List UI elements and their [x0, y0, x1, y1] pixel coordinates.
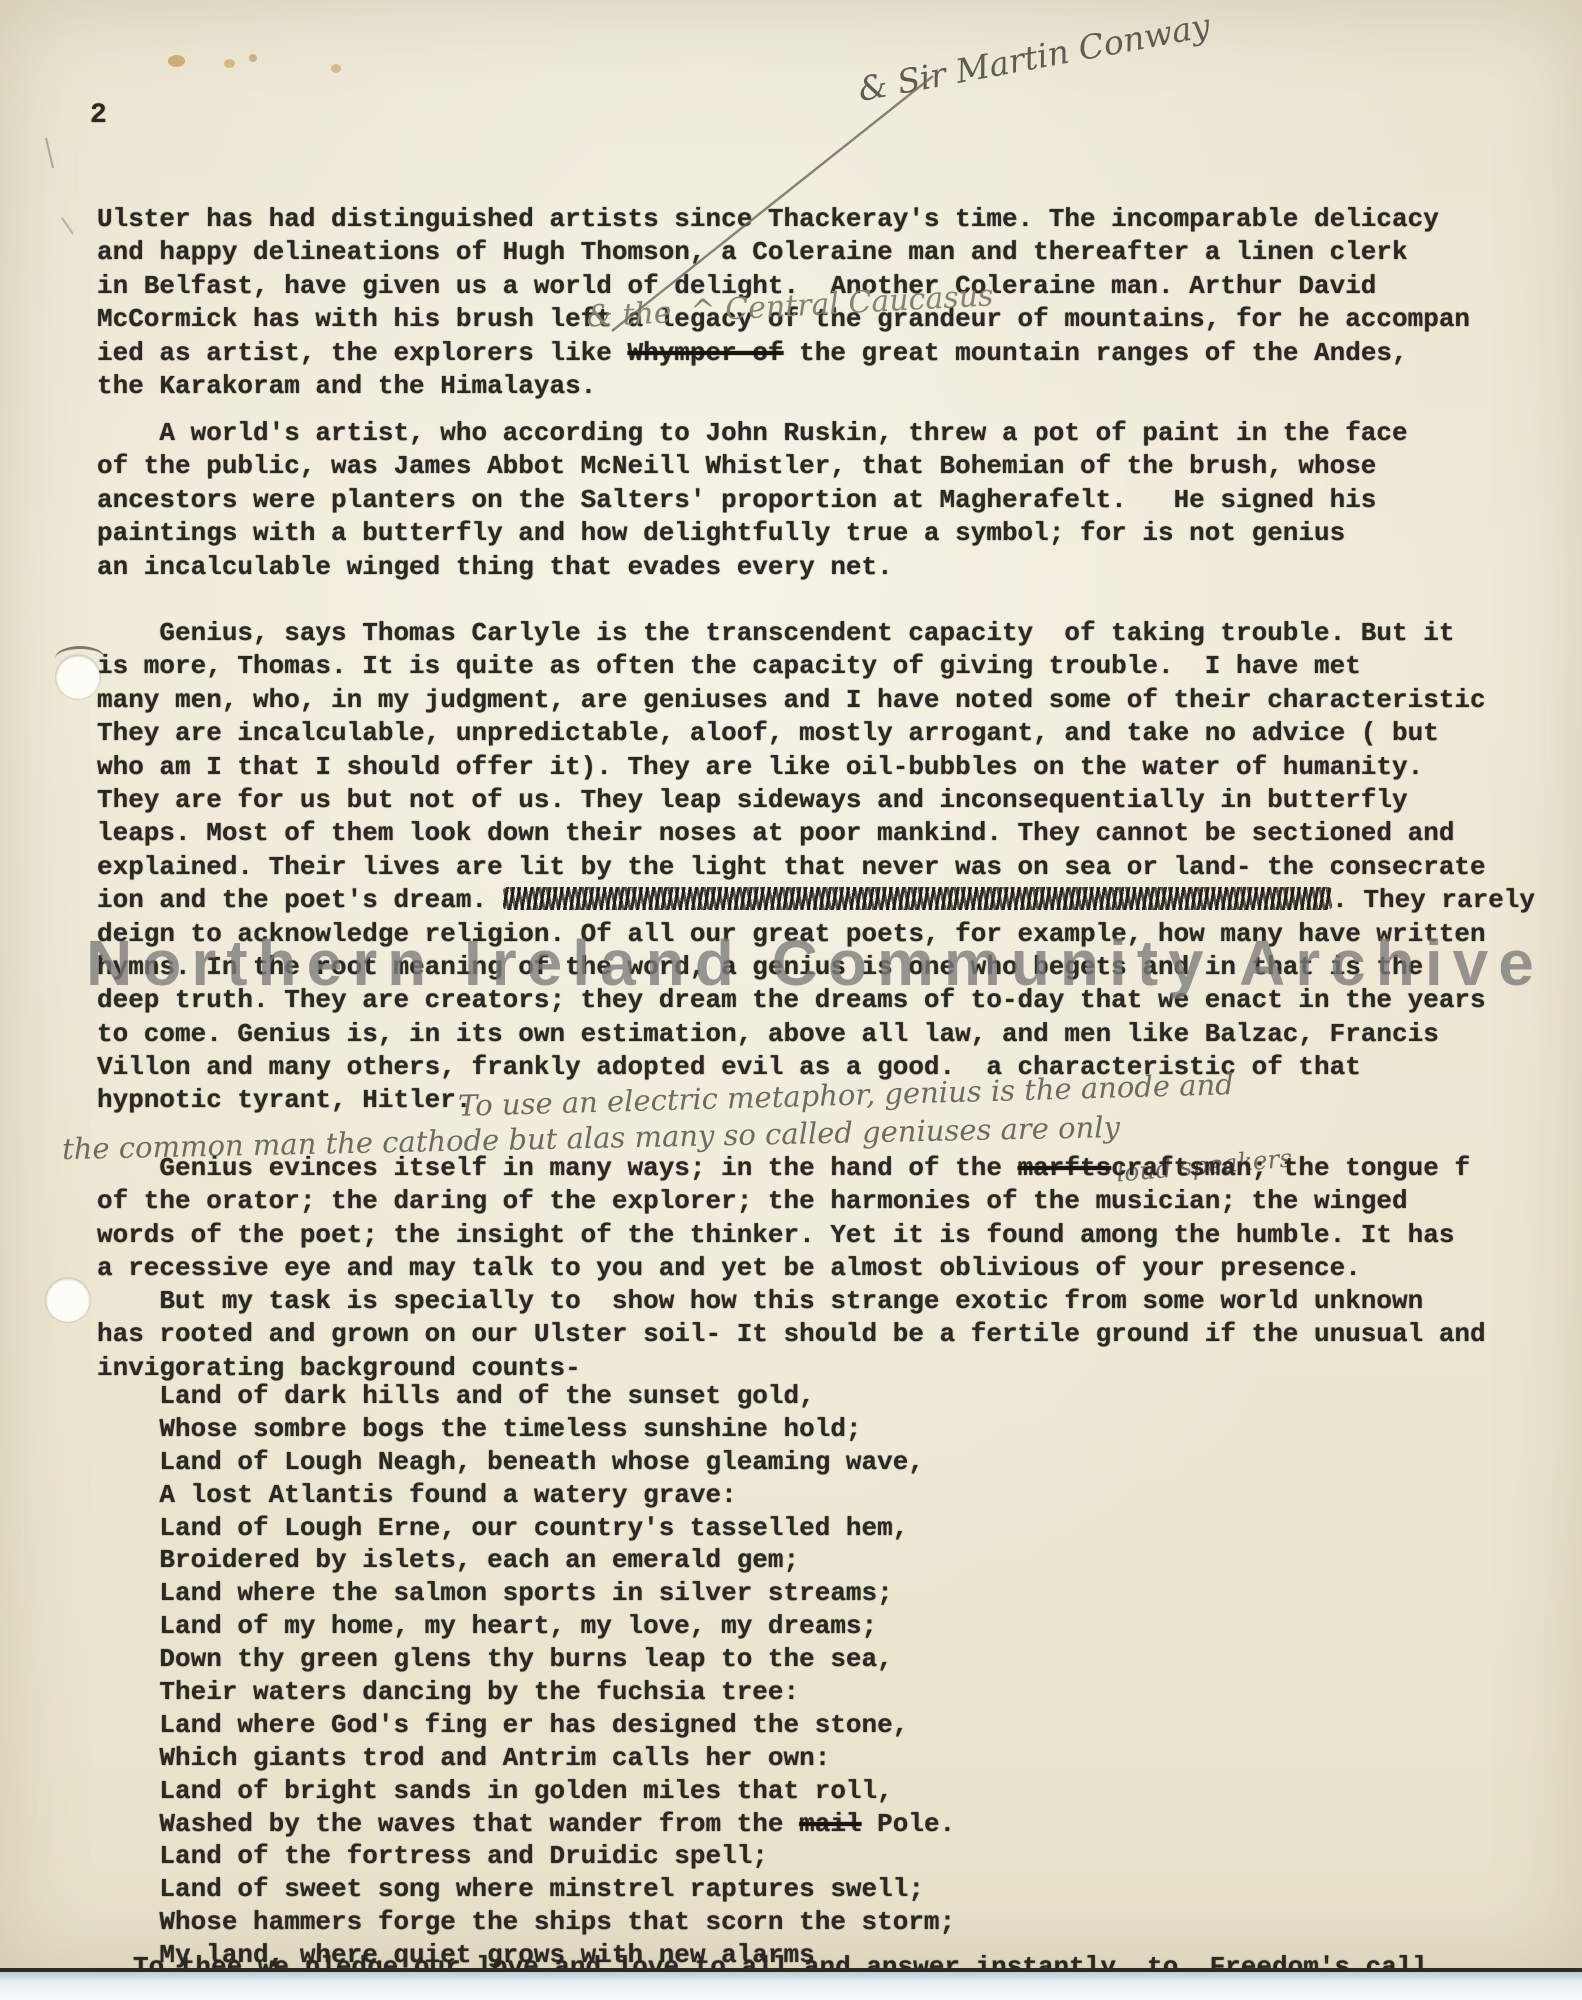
typed-line: Land where the salmon sports in silver s… — [97, 1577, 955, 1610]
typed-line: Genius, says Thomas Carlyle is the trans… — [97, 617, 1535, 650]
typed-line: A lost Atlantis found a watery grave: — [97, 1479, 955, 1512]
typed-line: A world's artist, who according to John … — [97, 417, 1408, 450]
typed-line: an incalculable winged thing that evades… — [97, 551, 1408, 584]
typed-line: Land of dark hills and of the sunset gol… — [97, 1380, 955, 1413]
pencil-tick-mark — [62, 218, 73, 234]
typed-line: has rooted and grown on our Ulster soil-… — [97, 1318, 1486, 1351]
poem-land-of-dark-hills: Land of dark hills and of the sunset gol… — [97, 1380, 955, 1972]
handwritten-attribution: & Sir Martin Conway — [855, 6, 1213, 109]
typed-line: paintings with a butterfly and how delig… — [97, 517, 1408, 550]
typed-line: Whose sombre bogs the timeless sunshine … — [97, 1413, 955, 1446]
typed-line: Broidered by islets, each an emerald gem… — [97, 1544, 955, 1577]
paragraph-genius-evinces: Genius evinces itself in many ways; in t… — [97, 1152, 1470, 1286]
typed-line: explained. Their lives are lit by the li… — [97, 851, 1535, 884]
typed-line: the Karakoram and the Himalayas. — [97, 370, 1470, 403]
typed-line: ion and the poet's dream. . They rarely — [97, 884, 1535, 917]
typed-line: who am I that I should offer it). They a… — [97, 751, 1535, 784]
typed-line: Land of bright sands in golden miles tha… — [97, 1775, 955, 1808]
pencil-arc-mark — [55, 646, 105, 671]
typed-line: Land of the fortress and Druidic spell; — [97, 1840, 955, 1873]
typed-line: many men, who, in my judgment, are geniu… — [97, 684, 1535, 717]
hole-punch — [46, 1278, 90, 1322]
archive-watermark: Northern Ireland Community Archive — [86, 926, 1566, 1000]
typed-line: Their waters dancing by the fuchsia tree… — [97, 1676, 955, 1709]
typed-line: leaps. Most of them look down their nose… — [97, 817, 1535, 850]
paper-stain — [224, 59, 235, 68]
typed-line: is more, Thomas. It is quite as often th… — [97, 650, 1535, 683]
typed-line: They are for us but not of us. They leap… — [97, 784, 1535, 817]
typed-line: and happy delineations of Hugh Thomson, … — [97, 236, 1470, 269]
struck-text: Whymper of — [628, 338, 784, 368]
typed-line: Which giants trod and Antrim calls her o… — [97, 1742, 955, 1775]
typed-line: Ulster has had distinguished artists sin… — [97, 203, 1470, 236]
paper-stain — [168, 55, 185, 67]
scanned-document-screenshot: { "document": { "page_number": "2", "wat… — [0, 0, 1582, 2000]
typed-line: They are incalculable, unpredictable, al… — [97, 717, 1535, 750]
typed-line: of the orator; the daring of the explore… — [97, 1185, 1470, 1218]
typed-line: But my task is specially to show how thi… — [97, 1285, 1486, 1318]
paragraph-my-task: But my task is specially to show how thi… — [97, 1285, 1486, 1385]
paragraph-genius-carlyle: Genius, says Thomas Carlyle is the trans… — [97, 617, 1535, 1118]
struck-text: marfts — [1018, 1153, 1112, 1183]
paper-stain — [331, 64, 341, 73]
typed-line: Land of Lough Erne, our country's tassel… — [97, 1512, 955, 1545]
typed-line: Land where God's fing er has designed th… — [97, 1709, 955, 1742]
page-number: 2 — [90, 100, 107, 131]
paper-stain — [249, 54, 257, 62]
typed-line: Land of Lough Neagh, beneath whose gleam… — [97, 1446, 955, 1479]
typed-line: Land of sweet song where minstrel raptur… — [97, 1873, 955, 1906]
typed-line: words of the poet; the insight of the th… — [97, 1219, 1470, 1252]
typescript-page: 2 & Sir Martin Conway Ulster has had dis… — [0, 0, 1582, 1972]
scribbled-out-text — [503, 887, 1333, 910]
typed-line: Genius evinces itself in many ways; in t… — [97, 1152, 1470, 1185]
typed-line: Washed by the waves that wander from the… — [97, 1808, 955, 1841]
typed-line: ancestors were planters on the Salters' … — [97, 484, 1408, 517]
typed-line: Land of my home, my heart, my love, my d… — [97, 1610, 955, 1643]
typed-line: of the public, was James Abbot McNeill W… — [97, 450, 1408, 483]
pencil-tick-mark — [46, 138, 53, 168]
struck-text: mail — [799, 1809, 861, 1839]
typed-line: Whose hammers forge the ships that scorn… — [97, 1906, 955, 1939]
paragraph-whistler: A world's artist, who according to John … — [97, 417, 1408, 584]
typed-line: to come. Genius is, in its own estimatio… — [97, 1018, 1535, 1051]
typed-line: Down thy green glens thy burns leap to t… — [97, 1643, 955, 1676]
typed-line: ied as artist, the explorers like Whympe… — [97, 337, 1470, 370]
scan-background-below-page-edge — [0, 1972, 1582, 2000]
typed-line: a recessive eye and may talk to you and … — [97, 1252, 1470, 1285]
